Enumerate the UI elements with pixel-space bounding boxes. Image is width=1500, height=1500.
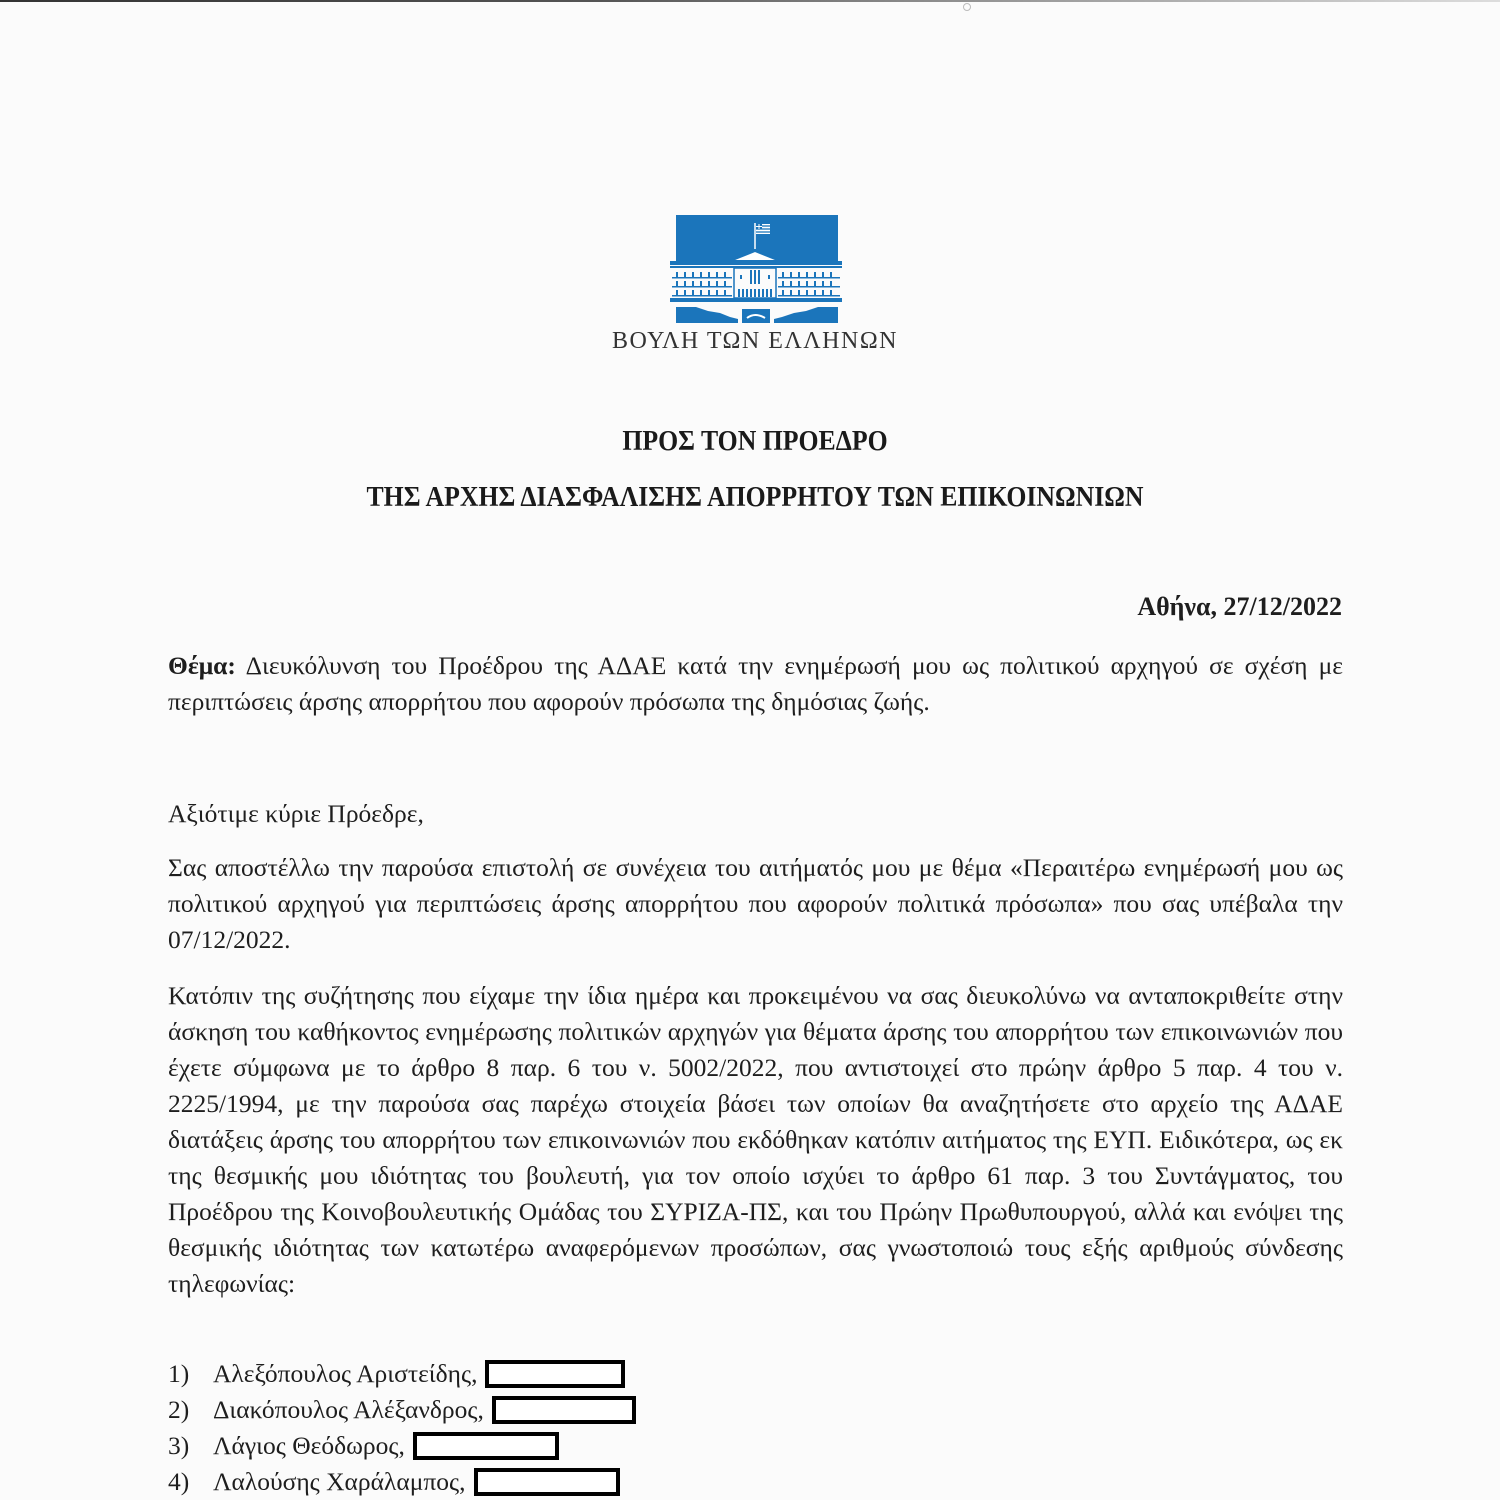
- redacted-phone-box: [474, 1468, 620, 1496]
- letter-date: Αθήνα, 27/12/2022: [1137, 592, 1342, 622]
- list-item-name: Διακόπουλος Αλέξανδρος,: [213, 1392, 484, 1428]
- list-item-number: 1): [168, 1356, 213, 1392]
- redacted-phone-box: [413, 1432, 559, 1460]
- parliament-logo-icon: [668, 215, 842, 323]
- list-item-name: Λάγιος Θεόδωρος,: [213, 1428, 405, 1464]
- body-paragraph-2: Κατόπιν της συζήτησης που είχαμε την ίδι…: [168, 978, 1343, 1302]
- scan-speck: [963, 3, 971, 11]
- body-paragraph-1: Σας αποστέλλω την παρούσα επιστολή σε συ…: [168, 850, 1343, 958]
- list-item-name: Αλεξόπουλος Αριστείδης,: [213, 1356, 477, 1392]
- addressee-line-2: ΤΗΣ ΑΡΧΗΣ ΔΙΑΣΦΑΛΙΣΗΣ ΑΠΟΡΡΗΤΟΥ ΤΩΝ ΕΠΙΚ…: [60, 482, 1449, 514]
- list-item: 2) Διακόπουλος Αλέξανδρος,: [168, 1392, 636, 1428]
- greeting: Αξιότιμε κύριε Πρόεδρε,: [168, 796, 1343, 832]
- redacted-phone-box: [485, 1360, 625, 1388]
- subject-line: Θέμα: Διευκόλυνση του Προέδρου της ΑΔΑΕ …: [168, 648, 1343, 720]
- letterhead-caption: ΒΟΥΛΗ ΤΩΝ ΕΛΛΗΝΩΝ: [0, 328, 1500, 355]
- list-item-name: Λαλούσης Χαράλαμπος,: [213, 1464, 466, 1500]
- scan-edge: [0, 0, 1500, 2]
- subject-text: Διευκόλυνση του Προέδρου της ΑΔΑΕ κατά τ…: [168, 651, 1343, 716]
- list-item: 3) Λάγιος Θεόδωρος,: [168, 1428, 636, 1464]
- redacted-phone-box: [492, 1396, 636, 1424]
- addressee-line-1: ΠΡΟΣ ΤΟΝ ΠΡΟΕΔΡΟ: [60, 426, 1449, 458]
- subject-label: Θέμα:: [168, 651, 236, 680]
- list-item-number: 4): [168, 1464, 213, 1500]
- list-item: 1) Αλεξόπουλος Αριστείδης,: [168, 1356, 636, 1392]
- list-item-number: 3): [168, 1428, 213, 1464]
- list-item: 4) Λαλούσης Χαράλαμπος,: [168, 1464, 636, 1500]
- phone-number-list: 1) Αλεξόπουλος Αριστείδης, 2) Διακόπουλο…: [168, 1356, 636, 1500]
- list-item-number: 2): [168, 1392, 213, 1428]
